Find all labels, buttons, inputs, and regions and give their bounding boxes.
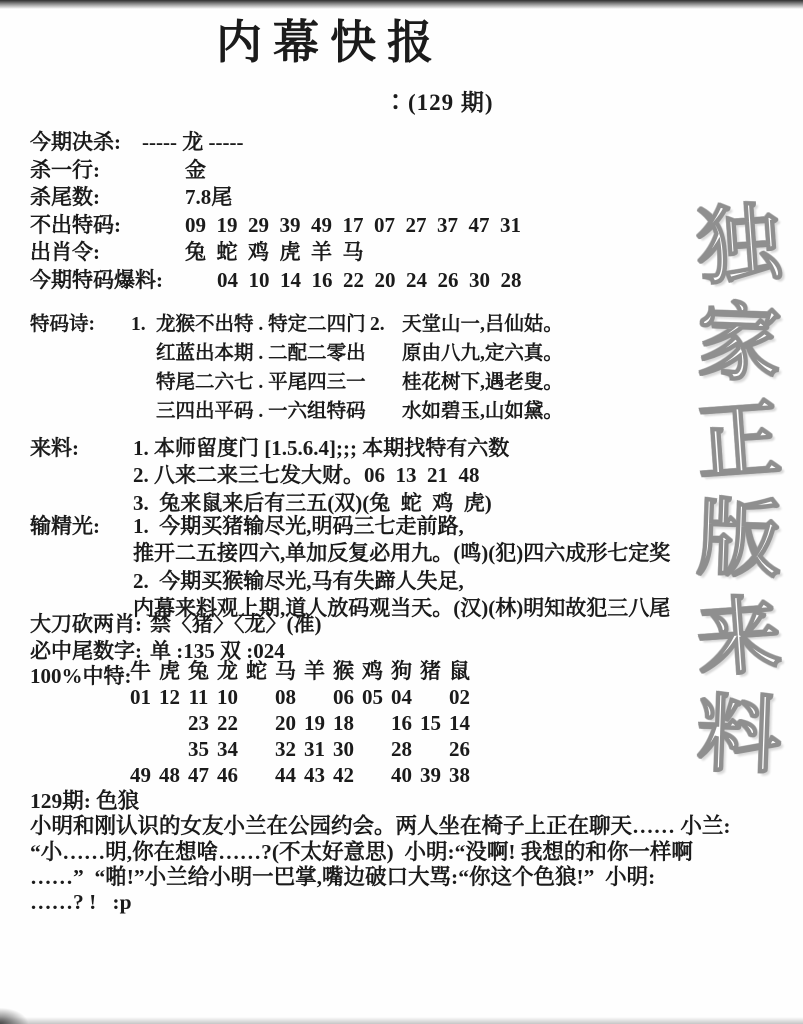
- zodiac-header: 猴: [329, 658, 358, 684]
- zodiac-cell: [155, 710, 184, 736]
- zodiac-cell: [416, 736, 445, 762]
- info-row: 今期决杀: ----- 龙 -----: [30, 129, 522, 157]
- zodiac-cell: 05: [358, 684, 387, 710]
- zodiac-cell: 19: [300, 710, 329, 736]
- lailiao-section: 来料: 1. 本师留度门 [1.5.6.4];;; 本期找特有六数 2. 八来二…: [30, 435, 509, 517]
- zodiac-cell: [416, 684, 445, 710]
- zodiac-cell: 42: [329, 762, 358, 788]
- info-label: 杀尾数:: [30, 184, 185, 212]
- zodiac-cell: 12: [155, 684, 184, 710]
- issue-number: ∶(129 期): [384, 84, 494, 117]
- zodiac-cell: 31: [300, 736, 329, 762]
- zodiac-cell: 02: [445, 684, 474, 710]
- knife-label: 大刀砍两肖:: [30, 608, 142, 638]
- zodiac-cell: 04: [387, 684, 416, 710]
- lailiao-line: 2. 八来二来三七发大财。06 13 21 48: [133, 462, 509, 489]
- watermark-char: 家: [678, 294, 799, 396]
- info-value: ----- 龙 -----: [142, 129, 243, 157]
- info-label: 今期特码爆料:: [30, 267, 217, 295]
- shujingguang-lines: 1. 今期买猪输尽光,明码三七走前路, 推开二五接四六,单加反复必用九。(鸣)(…: [133, 513, 670, 622]
- zodiac-cell: [300, 684, 329, 710]
- zodiac-cell: 15: [416, 710, 445, 736]
- zodiac-table-section: 100%中特: 牛 虎 兔 龙 蛇 马 羊 猴 鸡 狗 猪 鼠 01 12 11…: [30, 658, 474, 788]
- zodiac-cell: [242, 762, 271, 788]
- zodiac-cell: 34: [213, 736, 242, 762]
- zodiac-number-row: 49 48 47 46 44 43 42 40 39 38: [126, 762, 474, 788]
- joke-line: ……? ! :p: [30, 890, 775, 915]
- poem-col2-line: 水如碧玉,山如黛。: [402, 397, 563, 426]
- shujingguang-section: 输精光: 1. 今期买猪输尽光,明码三七走前路, 推开二五接四六,单加反复必用九…: [30, 513, 670, 622]
- zodiac-cell: [358, 710, 387, 736]
- knife-value: 禁〈猪〉〈龙〉(准): [150, 608, 322, 638]
- zodiac-cell: 14: [445, 710, 474, 736]
- zodiac-cell: 44: [271, 762, 300, 788]
- zodiac-cell: 11: [184, 684, 213, 710]
- info-value: 09 19 29 39 49 17 07 27 37 47 31: [185, 212, 521, 240]
- info-label: 杀一行:: [30, 157, 185, 185]
- zodiac-cell: 38: [445, 762, 474, 788]
- poem-col2-number: 2.: [370, 310, 385, 339]
- shujingguang-line: 推开二五接四六,单加反复必用九。(鸣)(犯)四六成形七定奖: [133, 540, 670, 567]
- watermark-char: 正: [677, 390, 802, 496]
- joke-line: 小明和刚认识的女友小兰在公园约会。两人坐在椅子上正在聊天…… 小兰:: [30, 814, 775, 839]
- zodiac-cell: [242, 736, 271, 762]
- poem-col1-line: 龙猴不出特 . 特定二四门: [156, 310, 366, 339]
- info-value: 兔 蛇 鸡 虎 羊 马: [185, 239, 364, 267]
- scan-corner-smudge: [0, 1008, 28, 1024]
- watermark-char: 料: [678, 686, 799, 788]
- zodiac-cell: 39: [416, 762, 445, 788]
- joke-line: ……” “啪!”小兰给小明一巴掌,嘴边破口大骂:“你这个色狼!” 小明:: [30, 865, 775, 890]
- zodiac-cell: [358, 762, 387, 788]
- shujingguang-line: 1. 今期买猪输尽光,明码三七走前路,: [133, 513, 670, 540]
- watermark-vertical-text: 独 家 正 版 来 料: [680, 198, 798, 786]
- poem-label: 特码诗:: [30, 310, 95, 339]
- shujingguang-line: 2. 今期买猴输尽光,马有失蹄人失足,: [133, 568, 670, 595]
- zodiac-cell: 43: [300, 762, 329, 788]
- scan-bottom-edge: [0, 1017, 803, 1024]
- info-value: 7.8尾: [185, 184, 232, 212]
- zodiac-cell: 22: [213, 710, 242, 736]
- poem-col1-number: 1.: [131, 310, 146, 339]
- poem-col2-line: 桂花树下,遇老叟。: [402, 368, 563, 397]
- zodiac-header: 虎: [155, 658, 184, 684]
- poem-col1-line: 红蓝出本期 . 二配二零出: [156, 339, 366, 368]
- info-row: 杀一行: 金: [30, 157, 522, 185]
- zodiac-header-row: 牛 虎 兔 龙 蛇 马 羊 猴 鸡 狗 猪 鼠: [126, 658, 474, 684]
- zodiac-cell: 10: [213, 684, 242, 710]
- zodiac-cell: 18: [329, 710, 358, 736]
- watermark-char: 版: [678, 490, 799, 592]
- zodiac-cell: 28: [387, 736, 416, 762]
- zodiac-cell: [242, 710, 271, 736]
- zodiac-cell: 26: [445, 736, 474, 762]
- watermark-char: 独: [677, 194, 802, 300]
- zodiac-header: 猪: [416, 658, 445, 684]
- info-row: 杀尾数: 7.8尾: [30, 184, 522, 212]
- info-row: 今期特码爆料: 04 10 14 16 22 20 24 26 30 28: [30, 267, 522, 295]
- kill-info-section: 今期决杀: ----- 龙 ----- 杀一行: 金 杀尾数: 7.8尾 不出特…: [30, 129, 522, 294]
- joke-line: “小……明,你在想啥……?(不太好意思) 小明:“没啊! 我想的和你一样啊: [30, 840, 775, 865]
- poem-col2-line: 天堂山一,吕仙姑。: [402, 310, 563, 339]
- zodiac-cell: 48: [155, 762, 184, 788]
- zodiac-cell: 47: [184, 762, 213, 788]
- info-row: 不出特码: 09 19 29 39 49 17 07 27 37 47 31: [30, 212, 522, 240]
- zodiac-header: 狗: [387, 658, 416, 684]
- zodiac-cell: 35: [184, 736, 213, 762]
- watermark-char: 来: [677, 586, 802, 692]
- info-label: 不出特码:: [30, 212, 185, 240]
- zodiac-header: 蛇: [242, 658, 271, 684]
- zodiac-cell: [155, 736, 184, 762]
- zodiac-cell: [242, 684, 271, 710]
- zodiac-cell: [358, 736, 387, 762]
- zodiac-cell: 40: [387, 762, 416, 788]
- joke-title: 129期: 色狼: [30, 789, 775, 814]
- page-title: 内幕快报: [105, 6, 555, 72]
- zodiac-table-label: 100%中特:: [30, 660, 132, 690]
- zodiac-cell: 32: [271, 736, 300, 762]
- info-value: 04 10 14 16 22 20 24 26 30 28: [217, 267, 522, 295]
- zodiac-cell: 49: [126, 762, 155, 788]
- zodiac-cell: 20: [271, 710, 300, 736]
- zodiac-header: 鸡: [358, 658, 387, 684]
- zodiac-cell: 46: [213, 762, 242, 788]
- zodiac-cell: 08: [271, 684, 300, 710]
- zodiac-number-table: 牛 虎 兔 龙 蛇 马 羊 猴 鸡 狗 猪 鼠 01 12 11 10 08: [126, 658, 474, 788]
- shujingguang-label: 输精光:: [30, 513, 100, 540]
- zodiac-cell: [126, 710, 155, 736]
- lailiao-label: 来料:: [30, 435, 79, 462]
- poem-col2-line: 原由八九,定六真。: [402, 339, 563, 368]
- lailiao-lines: 1. 本师留度门 [1.5.6.4];;; 本期找特有六数 2. 八来二来三七发…: [133, 435, 509, 517]
- knife-two-zodiac-line: 大刀砍两肖: 禁〈猪〉〈龙〉(准): [30, 608, 322, 638]
- zodiac-header: 鼠: [445, 658, 474, 684]
- scanned-lottery-sheet: 内幕快报 ∶(129 期) 今期决杀: ----- 龙 ----- 杀一行: 金…: [0, 0, 803, 1024]
- zodiac-header: 羊: [300, 658, 329, 684]
- zodiac-number-row: 01 12 11 10 08 06 05 04 02: [126, 684, 474, 710]
- zodiac-cell: [126, 736, 155, 762]
- zodiac-header: 兔: [184, 658, 213, 684]
- zodiac-header: 马: [271, 658, 300, 684]
- poem-col1-line: 三四出平码 . 一六组特码: [156, 397, 366, 426]
- info-label: 出肖令:: [30, 239, 185, 267]
- info-label: 今期决杀:: [30, 129, 142, 157]
- poem-col1-line: 特尾二六七 . 平尾四三一: [156, 368, 366, 397]
- zodiac-header: 龙: [213, 658, 242, 684]
- info-row: 出肖令: 兔 蛇 鸡 虎 羊 马: [30, 239, 522, 267]
- zodiac-number-row: 23 22 20 19 18 16 15 14: [126, 710, 474, 736]
- info-value: 金: [185, 157, 206, 185]
- lailiao-line: 1. 本师留度门 [1.5.6.4];;; 本期找特有六数: [133, 435, 509, 462]
- zodiac-cell: 06: [329, 684, 358, 710]
- zodiac-cell: 30: [329, 736, 358, 762]
- zodiac-number-row: 35 34 32 31 30 28 26: [126, 736, 474, 762]
- zodiac-cell: 23: [184, 710, 213, 736]
- joke-section: 129期: 色狼 小明和刚认识的女友小兰在公园约会。两人坐在椅子上正在聊天…… …: [30, 789, 775, 915]
- zodiac-cell: 16: [387, 710, 416, 736]
